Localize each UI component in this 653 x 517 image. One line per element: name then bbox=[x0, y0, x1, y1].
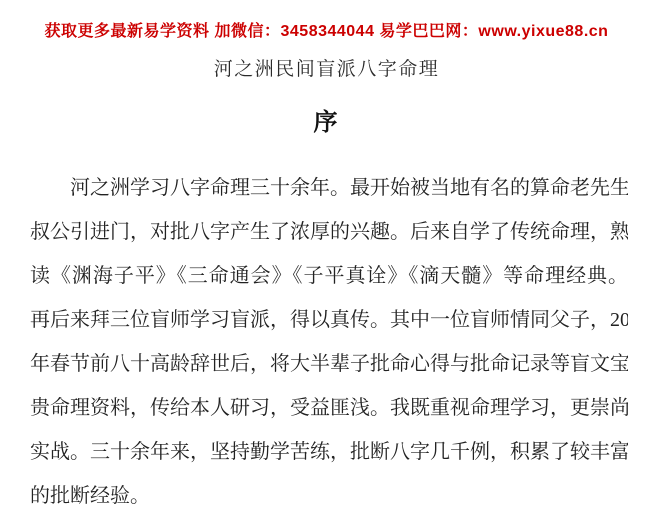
preface-paragraph: 河之洲学习八字命理三十余年。最开始被当地有名的算命老先生 叔公引进门，对批八字产… bbox=[30, 166, 628, 517]
paragraph-line: 的批断经验。 bbox=[30, 474, 628, 517]
document-page: 获取更多最新易学资料 加微信：3458344044 易学巴巴网：www.yixu… bbox=[0, 0, 653, 517]
paragraph-line: 河之洲学习八字命理三十余年。最开始被当地有名的算命老先生 bbox=[30, 166, 628, 210]
paragraph-line: 实战。三十余年来，坚持勤学苦练，批断八字几千例，积累了较丰富 bbox=[30, 430, 628, 474]
paragraph-line: 再后来拜三位盲师学习盲派，得以真传。其中一位盲师情同父子，2017 bbox=[30, 298, 628, 342]
section-heading: 序 bbox=[0, 102, 653, 137]
paragraph-line: 读《渊海子平》《三命通会》《子平真诠》《滴天髓》等命理经典。 bbox=[30, 254, 628, 298]
paragraph-line: 叔公引进门，对批八字产生了浓厚的兴趣。后来自学了传统命理，熟 bbox=[30, 210, 628, 254]
document-title: 河之洲民间盲派八字命理 bbox=[0, 54, 653, 81]
paragraph-line: 贵命理资料，传给本人研习，受益匪浅。我既重视命理学习，更崇尚 bbox=[30, 386, 628, 430]
paragraph-line: 年春节前八十高龄辞世后，将大半辈子批命心得与批命记录等盲文宝 bbox=[30, 342, 628, 386]
promo-header-line: 获取更多最新易学资料 加微信：3458344044 易学巴巴网：www.yixu… bbox=[20, 18, 633, 41]
